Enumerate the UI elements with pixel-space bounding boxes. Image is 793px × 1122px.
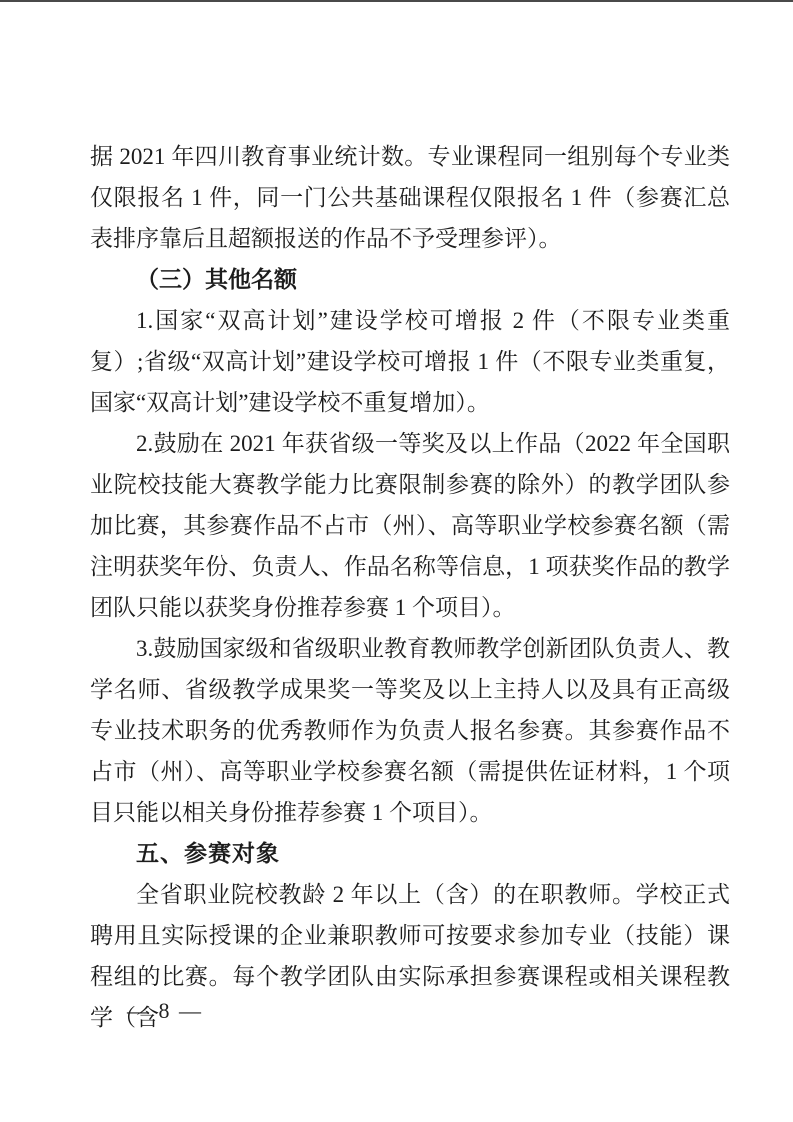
- document-body: 据 2021 年四川教育事业统计数。专业课程同一组别每个专业类仅限报名 1 件，…: [90, 136, 730, 1038]
- paragraph-item-1-shuanggao-extra: 1.国家“双高计划”建设学校可增报 2 件（不限专业类重复）;省级“双高计划”建…: [90, 300, 730, 423]
- document-page: 据 2021 年四川教育事业统计数。专业课程同一组别每个专业类仅限报名 1 件，…: [0, 0, 793, 1122]
- page-top-edge-artifact: [0, 0, 793, 2]
- paragraph-item-3-leaders: 3.鼓励国家级和省级职业教育教师教学创新团队负责人、教学名师、省级教学成果奖一等…: [90, 628, 730, 833]
- paragraph-item-2-award-teams: 2.鼓励在 2021 年获省级一等奖及以上作品（2022 年全国职业院校技能大赛…: [90, 423, 730, 628]
- page-number: — 8 —: [127, 997, 203, 1025]
- heading-other-quota: （三）其他名额: [90, 259, 730, 300]
- heading-section-5-participants: 五、参赛对象: [90, 833, 730, 874]
- paragraph-quota-continuation: 据 2021 年四川教育事业统计数。专业课程同一组别每个专业类仅限报名 1 件，…: [90, 136, 730, 259]
